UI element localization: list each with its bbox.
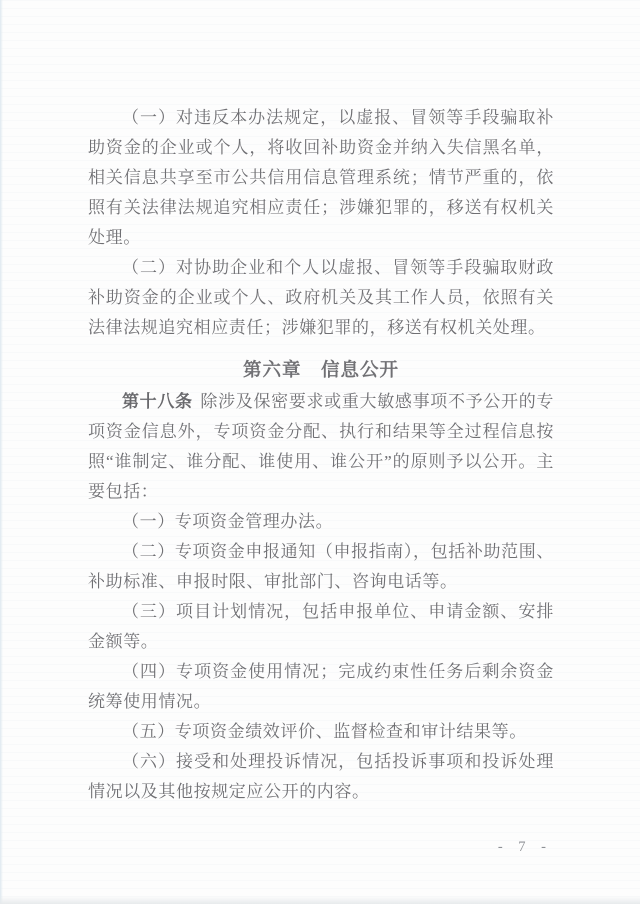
article-number: 第十八条 (122, 392, 193, 411)
chapter-heading: 第六章 信息公开 (88, 356, 554, 386)
page-number: - 7 - (498, 839, 552, 856)
scan-edge-left (0, 0, 3, 904)
paragraph: （二）对协助企业和个人以虚报、冒领等手段骗取财政补助资金的企业或个人、政府机关及… (88, 253, 554, 343)
document-body: （一）对违反本办法规定，以虚报、冒领等手段骗取补助资金的企业或个人，将收回补助资… (88, 103, 554, 807)
list-item: （一）专项资金管理办法。 (88, 507, 554, 537)
article-paragraph: 第十八条除涉及保密要求或重大敏感事项不予公开的专项资金信息外，专项资金分配、执行… (88, 387, 554, 507)
list-item: （四）专项资金使用情况；完成约束性任务后剩余资金统筹使用情况。 (88, 657, 554, 717)
list-item: （二）专项资金申报通知（申报指南），包括补助范围、补助标准、申报时限、审批部门、… (88, 537, 554, 597)
document-page: （一）对违反本办法规定，以虚报、冒领等手段骗取补助资金的企业或个人，将收回补助资… (0, 0, 640, 904)
list-item: （六）接受和处理投诉情况，包括投诉事项和投诉处理情况以及其他按规定应公开的内容。 (88, 747, 554, 807)
paragraph: （一）对违反本办法规定，以虚报、冒领等手段骗取补助资金的企业或个人，将收回补助资… (88, 103, 554, 253)
list-item: （五）专项资金绩效评价、监督检查和审计结果等。 (88, 717, 554, 747)
list-item: （三）项目计划情况，包括申报单位、申请金额、安排金额等。 (88, 597, 554, 657)
scan-edge-bottom (0, 896, 640, 904)
